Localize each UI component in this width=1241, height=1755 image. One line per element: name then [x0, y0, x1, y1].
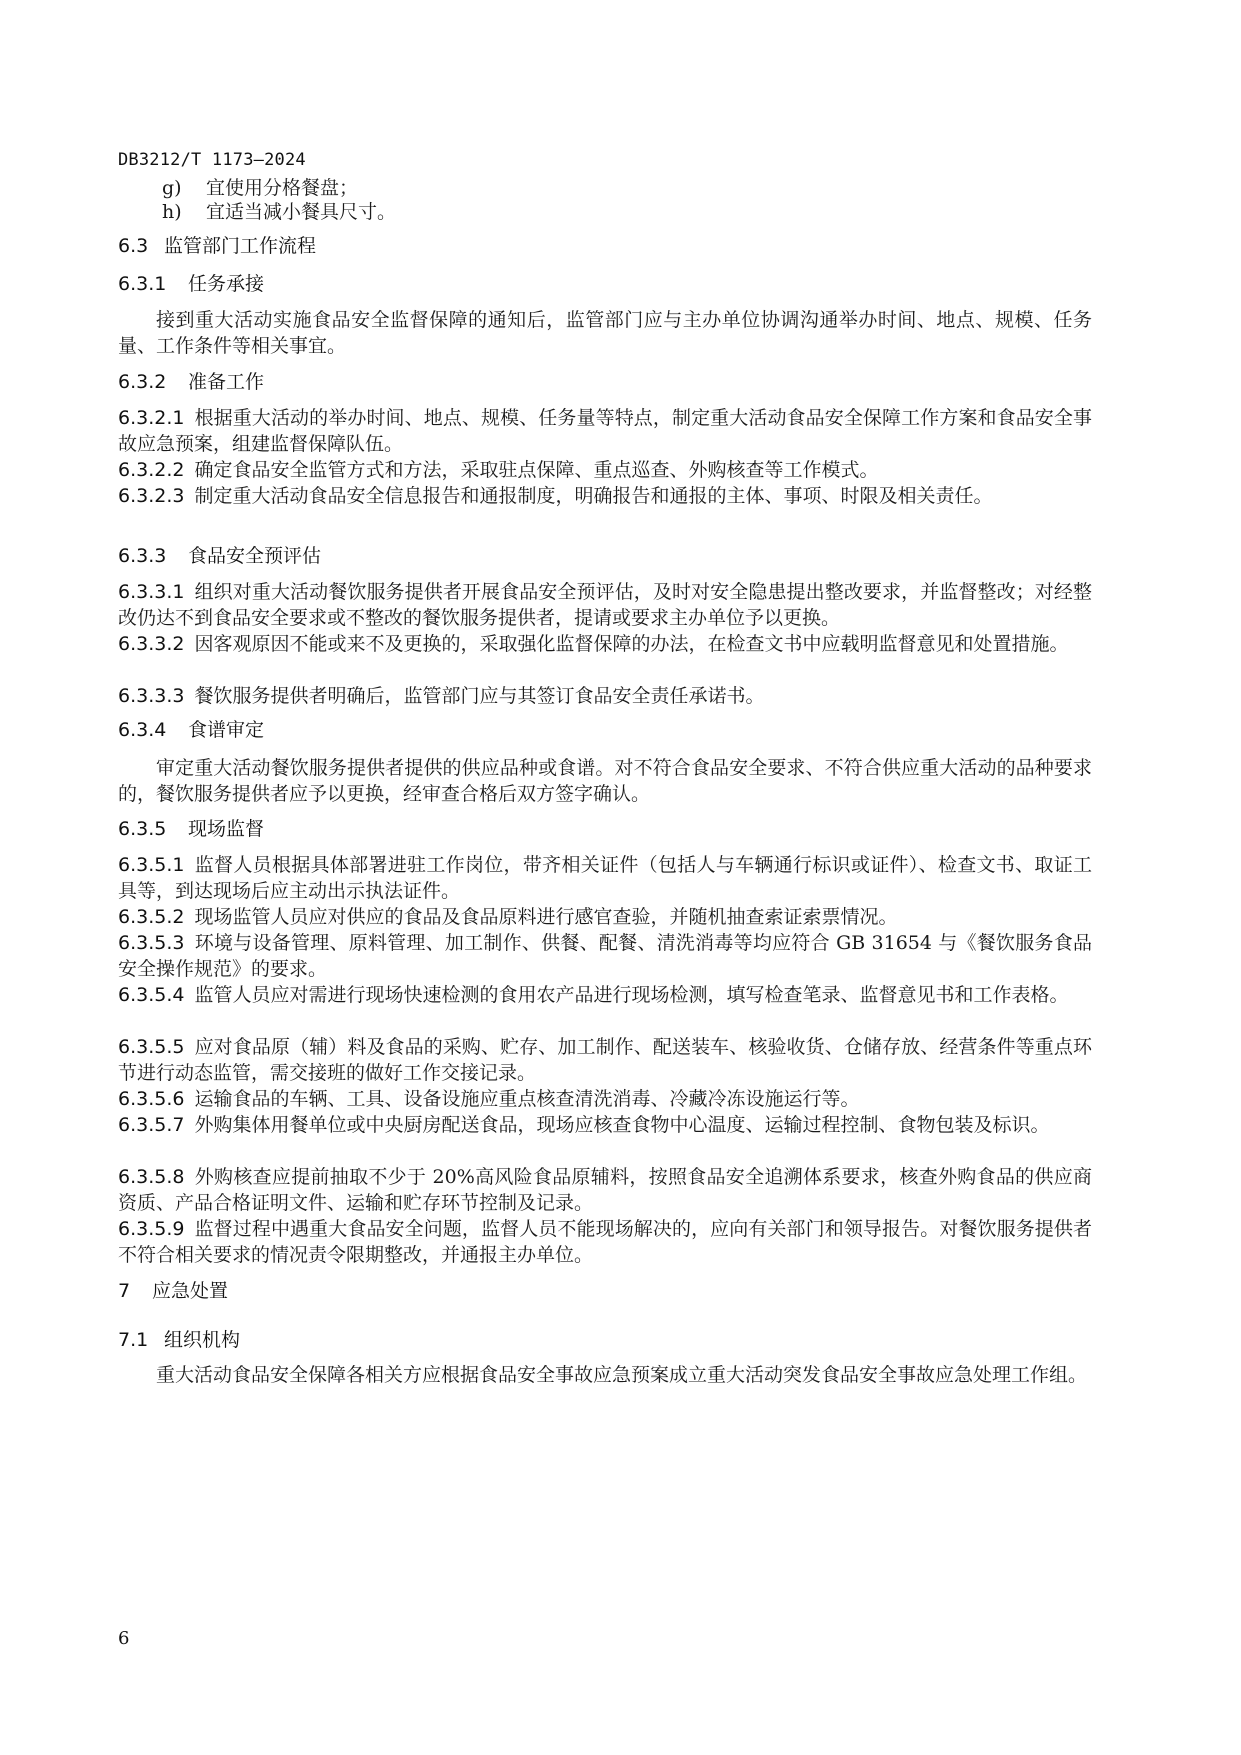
- clause-text: 外购核查应提前抽取不少于 20%高风险食品原辅料，按照食品安全追溯体系要求，核查…: [118, 1166, 1092, 1214]
- heading-6-3-5: 6.3.5现场监督: [118, 817, 264, 841]
- heading-title: 现场监督: [188, 818, 264, 840]
- heading-6-3-3: 6.3.3食品安全预评估: [118, 544, 321, 568]
- clause-6-3-5-2: 6.3.5.2现场监管人员应对供应的食品及食品原料进行感官查验，并随机抽查索证索…: [118, 904, 1092, 930]
- list-text: 宜适当减小餐具尺寸。: [206, 201, 396, 223]
- heading-title: 组织机构: [164, 1329, 240, 1351]
- clause-6-3-5-6: 6.3.5.6运输食品的车辆、工具、设备设施应重点核查清洗消毒、冷藏冷冻设施运行…: [118, 1086, 1092, 1112]
- heading-title: 应急处置: [152, 1280, 228, 1302]
- heading-title: 准备工作: [188, 371, 264, 393]
- clause-number: 6.3.3.1: [118, 579, 184, 605]
- clause-text: 现场监管人员应对供应的食品及食品原料进行感官查验，并随机抽查索证索票情况。: [194, 906, 897, 928]
- clause-6-3-2-1: 6.3.2.1根据重大活动的举办时间、地点、规模、任务量等特点，制定重大活动食品…: [118, 405, 1092, 457]
- clause-number: 6.3.5.3: [118, 930, 184, 956]
- heading-number: 7: [118, 1279, 152, 1303]
- paragraph-7-1: 重大活动食品安全保障各相关方应根据食品安全事故应急预案成立重大活动突发食品安全事…: [118, 1362, 1092, 1388]
- clause-6-3-3-1: 6.3.3.1组织对重大活动餐饮服务提供者开展食品安全预评估，及时对安全隐患提出…: [118, 579, 1092, 631]
- heading-6-3-1: 6.3.1任务承接: [118, 272, 264, 296]
- heading-number: 6.3.5: [118, 817, 188, 841]
- list-marker: g): [162, 176, 206, 200]
- clause-number: 6.3.5.9: [118, 1216, 184, 1242]
- heading-6-3-2: 6.3.2准备工作: [118, 370, 264, 394]
- heading-title: 监管部门工作流程: [164, 235, 316, 257]
- heading-6-3-4: 6.3.4食谱审定: [118, 718, 264, 742]
- clause-6-3-5-5: 6.3.5.5应对食品原（辅）料及食品的采购、贮存、加工制作、配送装车、核验收货…: [118, 1034, 1092, 1086]
- clause-text: 监督人员根据具体部署进驻工作岗位，带齐相关证件（包括人与车辆通行标识或证件）、检…: [118, 854, 1092, 902]
- heading-number: 6.3.1: [118, 272, 188, 296]
- clause-number: 6.3.3.2: [118, 631, 184, 657]
- clause-number: 6.3.5.1: [118, 852, 184, 878]
- clause-6-3-5-4: 6.3.5.4监管人员应对需进行现场快速检测的食用农产品进行现场检测，填写检查笔…: [118, 982, 1092, 1008]
- heading-number: 7.1: [118, 1328, 164, 1352]
- clause-number: 6.3.5.4: [118, 982, 184, 1008]
- heading-title: 任务承接: [188, 273, 264, 295]
- clause-text: 运输食品的车辆、工具、设备设施应重点核查清洗消毒、冷藏冷冻设施运行等。: [194, 1088, 859, 1110]
- clause-text: 环境与设备管理、原料管理、加工制作、供餐、配餐、清洗消毒等均应符合 GB 316…: [118, 932, 1092, 980]
- clause-6-3-3-3: 6.3.3.3餐饮服务提供者明确后，监管部门应与其签订食品安全责任承诺书。: [118, 683, 1092, 709]
- clause-text: 餐饮服务提供者明确后，监管部门应与其签订食品安全责任承诺书。: [194, 685, 764, 707]
- list-marker: h): [162, 200, 206, 224]
- clause-number: 6.3.5.6: [118, 1086, 184, 1112]
- paragraph-6-3-4: 审定重大活动餐饮服务提供者提供的供应品种或食谱。对不符合食品安全要求、不符合供应…: [118, 755, 1092, 807]
- clause-text: 应对食品原（辅）料及食品的采购、贮存、加工制作、配送装车、核验收货、仓储存放、经…: [118, 1036, 1092, 1084]
- clause-number: 6.3.5.7: [118, 1112, 184, 1138]
- clause-text: 外购集体用餐单位或中央厨房配送食品，现场应核查食物中心温度、运输过程控制、食物包…: [194, 1114, 1049, 1136]
- page-number: 6: [118, 1628, 129, 1649]
- list-item-g: g)宜使用分格餐盘；: [162, 176, 358, 200]
- clause-text: 组织对重大活动餐饮服务提供者开展食品安全预评估，及时对安全隐患提出整改要求，并监…: [118, 581, 1092, 629]
- heading-title: 食品安全预评估: [188, 545, 321, 567]
- clause-text: 制定重大活动食品安全信息报告和通报制度，明确报告和通报的主体、事项、时限及相关责…: [194, 485, 992, 507]
- heading-number: 6.3.2: [118, 370, 188, 394]
- clause-6-3-5-8: 6.3.5.8外购核查应提前抽取不少于 20%高风险食品原辅料，按照食品安全追溯…: [118, 1164, 1092, 1216]
- list-item-h: h)宜适当减小餐具尺寸。: [162, 200, 396, 224]
- heading-7: 7应急处置: [118, 1279, 228, 1303]
- clause-6-3-5-7: 6.3.5.7外购集体用餐单位或中央厨房配送食品，现场应核查食物中心温度、运输过…: [118, 1112, 1092, 1138]
- clause-6-3-5-9: 6.3.5.9监督过程中遇重大食品安全问题，监督人员不能现场解决的，应向有关部门…: [118, 1216, 1092, 1268]
- clause-text: 根据重大活动的举办时间、地点、规模、任务量等特点，制定重大活动食品安全保障工作方…: [118, 407, 1092, 455]
- clause-number: 6.3.5.5: [118, 1034, 184, 1060]
- clause-text: 监管人员应对需进行现场快速检测的食用农产品进行现场检测，填写检查笔录、监督意见书…: [194, 984, 1068, 1006]
- heading-number: 6.3.4: [118, 718, 188, 742]
- heading-number: 6.3.3: [118, 544, 188, 568]
- clause-number: 6.3.2.1: [118, 405, 184, 431]
- clause-6-3-5-1: 6.3.5.1监督人员根据具体部署进驻工作岗位，带齐相关证件（包括人与车辆通行标…: [118, 852, 1092, 904]
- heading-title: 食谱审定: [188, 719, 264, 741]
- clause-6-3-3-2: 6.3.3.2因客观原因不能或来不及更换的，采取强化监督保障的办法，在检查文书中…: [118, 631, 1092, 657]
- clause-text: 确定食品安全监管方式和方法，采取驻点保障、重点巡查、外购核查等工作模式。: [194, 459, 878, 481]
- heading-7-1: 7.1组织机构: [118, 1328, 240, 1352]
- list-text: 宜使用分格餐盘；: [206, 177, 358, 199]
- heading-number: 6.3: [118, 234, 164, 258]
- heading-6-3: 6.3监管部门工作流程: [118, 234, 316, 258]
- clause-number: 6.3.2.3: [118, 483, 184, 509]
- clause-number: 6.3.5.8: [118, 1164, 184, 1190]
- clause-6-3-2-2: 6.3.2.2确定食品安全监管方式和方法，采取驻点保障、重点巡查、外购核查等工作…: [118, 457, 1092, 483]
- paragraph-6-3-1: 接到重大活动实施食品安全监督保障的通知后，监管部门应与主办单位协调沟通举办时间、…: [118, 307, 1092, 359]
- document-id: DB3212/T 1173—2024: [118, 150, 306, 170]
- clause-number: 6.3.5.2: [118, 904, 184, 930]
- clause-text: 监督过程中遇重大食品安全问题，监督人员不能现场解决的，应向有关部门和领导报告。对…: [118, 1218, 1092, 1266]
- clause-number: 6.3.3.3: [118, 683, 184, 709]
- clause-6-3-2-3: 6.3.2.3制定重大活动食品安全信息报告和通报制度，明确报告和通报的主体、事项…: [118, 483, 1092, 509]
- clause-text: 因客观原因不能或来不及更换的，采取强化监督保障的办法，在检查文书中应载明监督意见…: [194, 633, 1068, 655]
- clause-number: 6.3.2.2: [118, 457, 184, 483]
- clause-6-3-5-3: 6.3.5.3环境与设备管理、原料管理、加工制作、供餐、配餐、清洗消毒等均应符合…: [118, 930, 1092, 982]
